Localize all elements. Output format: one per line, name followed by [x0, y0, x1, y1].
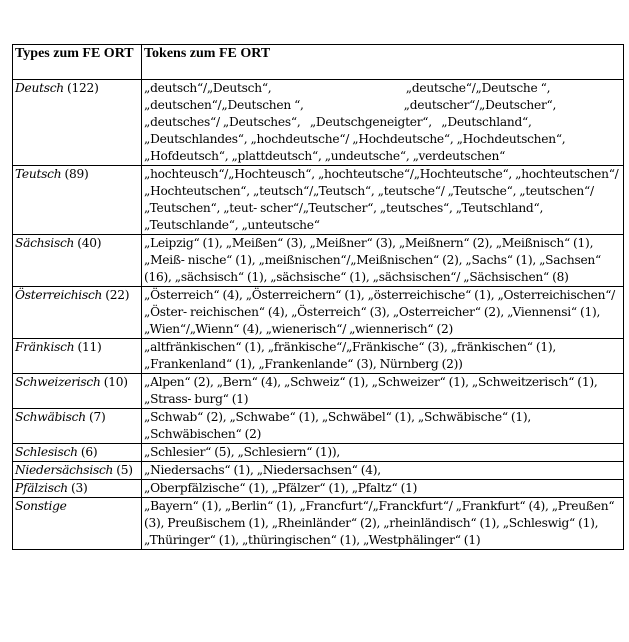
type-name: Niedersächsisch	[15, 463, 113, 477]
tokens-cell: „Bayern“ (1), „Berlin“ (1), „Francfurt“/…	[142, 498, 624, 550]
type-name: Sächsisch	[15, 236, 74, 250]
type-name: Sonstige	[15, 499, 67, 513]
tokens-cell: „Leipzig“ (1), „Meißen“ (3), „Meißner“ (…	[142, 235, 624, 287]
types-tokens-table: Types zum FE ORT Tokens zum FE ORT Deuts…	[12, 44, 624, 550]
type-count: (40)	[74, 236, 101, 250]
type-count: (89)	[61, 167, 88, 181]
tokens-cell: „deutsch“/„Deutsch“, „deutsche“/„Deutsch…	[142, 80, 624, 166]
table-row: Fränkisch (11) „altfränkischen“ (1), „fr…	[13, 339, 624, 374]
table-body: Deutsch (122) „deutsch“/„Deutsch“, „deut…	[13, 80, 624, 550]
type-cell: Niedersächsisch (5)	[13, 462, 142, 480]
header-tokens: Tokens zum FE ORT	[142, 45, 624, 80]
type-name: Pfälzisch	[15, 481, 68, 495]
table-row: Schwäbisch (7) „Schwab“ (2), „Schwabe“ (…	[13, 409, 624, 444]
tokens-cell: „Schlesier“ (5), „Schlesiern“ (1)),	[142, 444, 624, 462]
tokens-cell: „Alpen“ (2), „Bern“ (4), „Schweiz“ (1), …	[142, 374, 624, 409]
table-row: Niedersächsisch (5) „Niedersachs“ (1), „…	[13, 462, 624, 480]
table-row: Sächsisch (40) „Leipzig“ (1), „Meißen“ (…	[13, 235, 624, 287]
type-name: Teutsch	[15, 167, 61, 181]
table-row: Österreichisch (22) „Österreich“ (4), „Ö…	[13, 287, 624, 339]
type-cell: Pfälzisch (3)	[13, 480, 142, 498]
type-name: Deutsch	[15, 81, 64, 95]
type-name: Fränkisch	[15, 340, 74, 354]
type-cell: Schweizerisch (10)	[13, 374, 142, 409]
tokens-cell: „Niedersachs“ (1), „Niedersachsen“ (4),	[142, 462, 624, 480]
type-count: (5)	[113, 463, 133, 477]
type-count: (11)	[74, 340, 101, 354]
table-row: Sonstige „Bayern“ (1), „Berlin“ (1), „Fr…	[13, 498, 624, 550]
header-types: Types zum FE ORT	[13, 45, 142, 80]
type-count: (122)	[64, 81, 99, 95]
type-name: Österreichisch	[15, 288, 102, 302]
type-count: (22)	[102, 288, 129, 302]
table-row: Schlesisch (6) „Schlesier“ (5), „Schlesi…	[13, 444, 624, 462]
type-cell: Deutsch (122)	[13, 80, 142, 166]
tokens-cell: „altfränkischen“ (1), „fränkische“/„Frän…	[142, 339, 624, 374]
type-cell: Österreichisch (22)	[13, 287, 142, 339]
type-cell: Teutsch (89)	[13, 166, 142, 235]
type-name: Schwäbisch	[15, 410, 86, 424]
type-cell: Sonstige	[13, 498, 142, 550]
tokens-cell: „Österreich“ (4), „Österreichern“ (1), „…	[142, 287, 624, 339]
table-row: Pfälzisch (3) „Oberpfälzische“ (1), „Pfä…	[13, 480, 624, 498]
type-cell: Sächsisch (40)	[13, 235, 142, 287]
type-count: (10)	[101, 375, 128, 389]
type-name: Schweizerisch	[15, 375, 101, 389]
table-row: Teutsch (89) „hochteusch“/„Hochteusch“, …	[13, 166, 624, 235]
table-row: Schweizerisch (10) „Alpen“ (2), „Bern“ (…	[13, 374, 624, 409]
type-name: Schlesisch	[15, 445, 78, 459]
type-cell: Fränkisch (11)	[13, 339, 142, 374]
table-row: Deutsch (122) „deutsch“/„Deutsch“, „deut…	[13, 80, 624, 166]
type-count: (3)	[68, 481, 88, 495]
type-count: (6)	[78, 445, 98, 459]
tokens-cell: „hochteusch“/„Hochteusch“, „hochteutsche…	[142, 166, 624, 235]
type-cell: Schlesisch (6)	[13, 444, 142, 462]
type-count: (7)	[86, 410, 106, 424]
type-cell: Schwäbisch (7)	[13, 409, 142, 444]
table-header-row: Types zum FE ORT Tokens zum FE ORT	[13, 45, 624, 80]
tokens-cell: „Schwab“ (2), „Schwabe“ (1), „Schwäbel“ …	[142, 409, 624, 444]
tokens-cell: „Oberpfälzische“ (1), „Pfälzer“ (1), „Pf…	[142, 480, 624, 498]
